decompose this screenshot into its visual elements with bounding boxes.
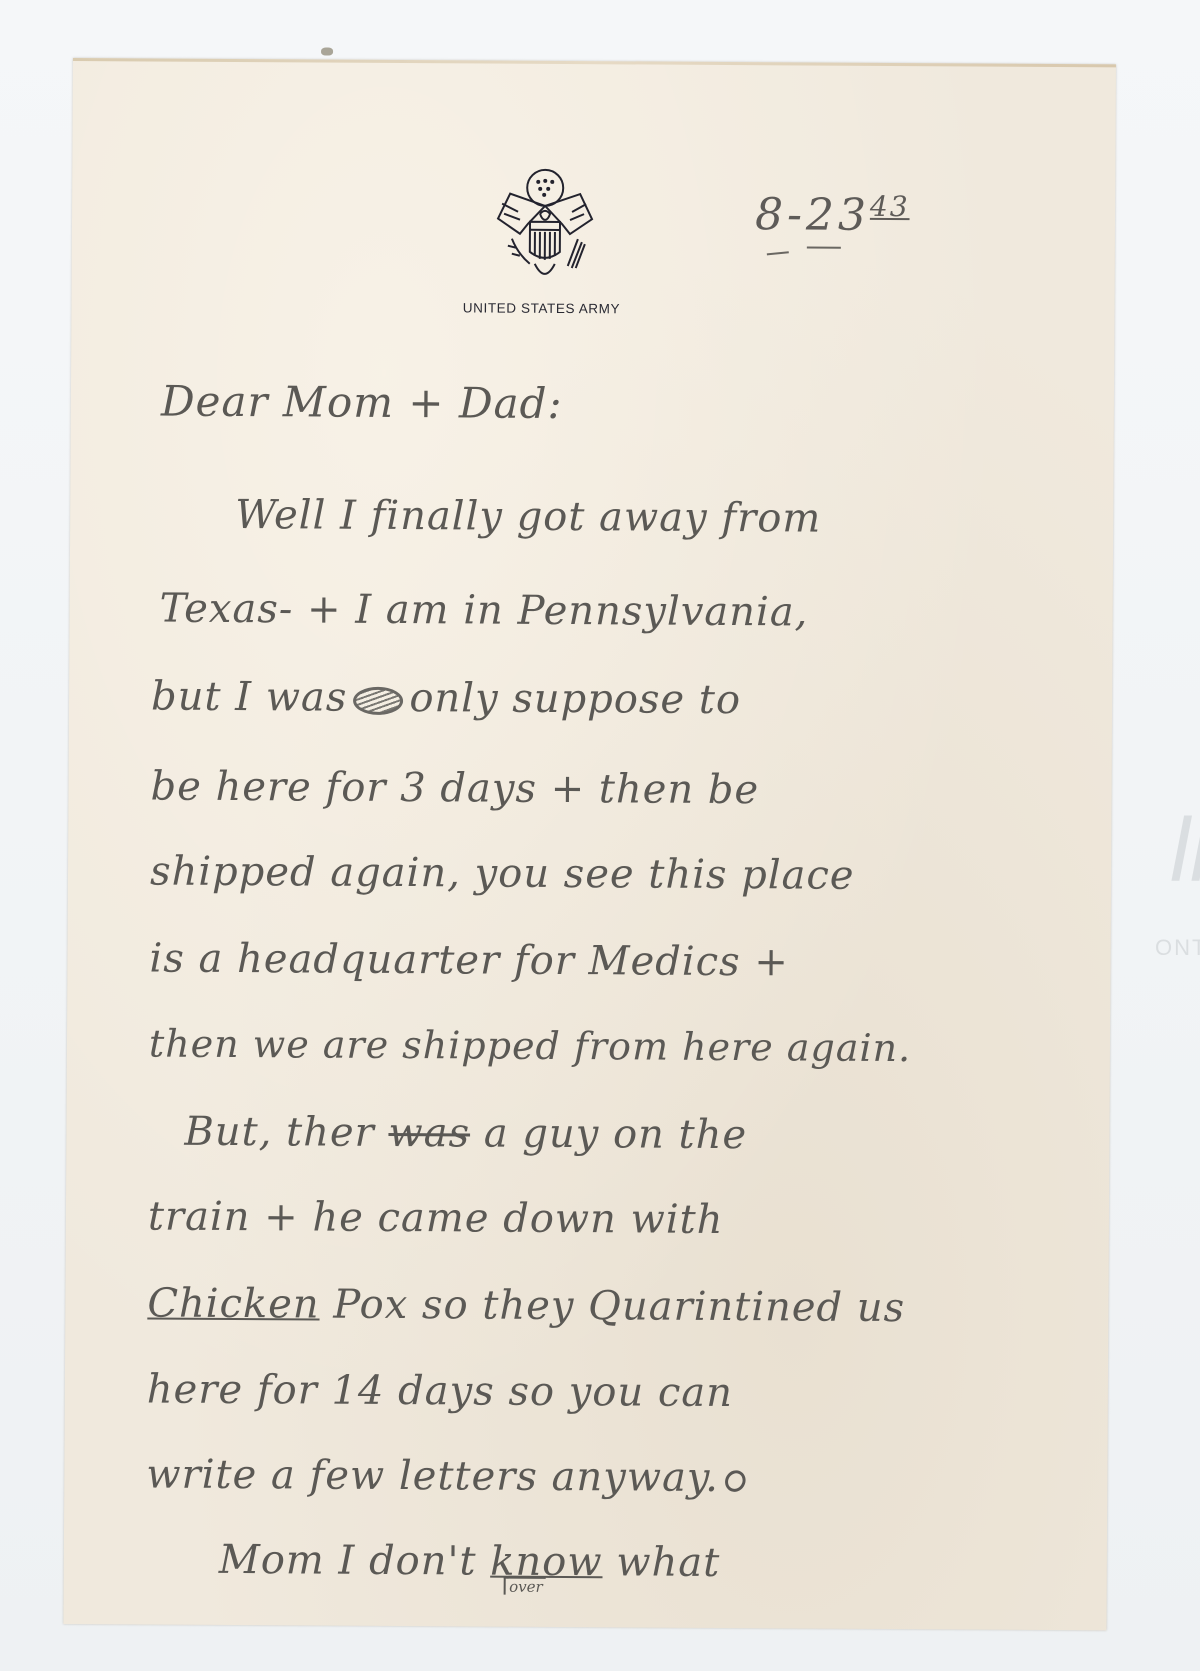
paper-speck — [321, 48, 333, 56]
letter-line: be here for 3 days + then be — [150, 763, 759, 813]
letter-text: what — [616, 1539, 720, 1586]
crossed-out-word: was — [388, 1110, 470, 1156]
letter-line: write a few letters anyway. — [146, 1451, 745, 1501]
letter-text: a guy on the — [484, 1111, 748, 1159]
bleed-through-text-small: ONT — [1155, 935, 1200, 961]
date-month-day: 8-23 — [755, 189, 870, 241]
letter-line: Chicken Pox so they Quarintined us — [147, 1280, 905, 1331]
letterhead-title: UNITED STATES ARMY — [441, 300, 641, 316]
letter-text: write a few letters anyway. — [146, 1451, 719, 1500]
letter-line: is a headquarter for Medics + — [149, 935, 789, 985]
date-underline — [767, 251, 789, 255]
letter-sheet: UNITED STATES ARMY 8-2343 Dear Mom + Dad… — [63, 58, 1116, 1630]
circle-mark-icon — [721, 1467, 749, 1496]
letter-line: here for 14 days so you can — [147, 1366, 733, 1416]
letter-text: but I was — [151, 673, 348, 720]
letter-line: Well I finally got away from — [235, 492, 821, 542]
letter-text: so they Quarintined us — [422, 1282, 905, 1331]
eagle-seal-icon — [490, 164, 601, 290]
letter-line: train + he came down with — [148, 1193, 724, 1243]
letter-line: shipped again, you see this place — [150, 848, 855, 898]
letter-line: then we are shipped from here again. — [149, 1021, 911, 1070]
letter-text: only suppose to — [409, 675, 741, 723]
letter-text: Mom I don't — [219, 1537, 477, 1585]
over-note: over — [504, 1577, 546, 1595]
letter-text: But, ther — [184, 1109, 375, 1156]
underlined-word: Chicken — [147, 1280, 320, 1327]
letter-line: but I wasonly suppose to — [151, 673, 741, 723]
salutation: Dear Mom + Dad: — [161, 377, 563, 428]
letter-date: 8-2343 — [755, 189, 910, 241]
letter-text: Pox — [333, 1282, 408, 1328]
date-underline — [807, 246, 841, 248]
bleed-through-text-large: ll — [1170, 800, 1200, 903]
letter-line: Texas- + I am in Pennsylvania, — [159, 586, 808, 636]
last-word-with-note: know over — [490, 1539, 603, 1586]
date-year: 43 — [870, 190, 910, 223]
letter-line: Mom I don't know over what — [219, 1537, 721, 1586]
letter-line: But, ther was a guy on the — [184, 1109, 747, 1158]
scribbled-out-word — [353, 687, 403, 715]
